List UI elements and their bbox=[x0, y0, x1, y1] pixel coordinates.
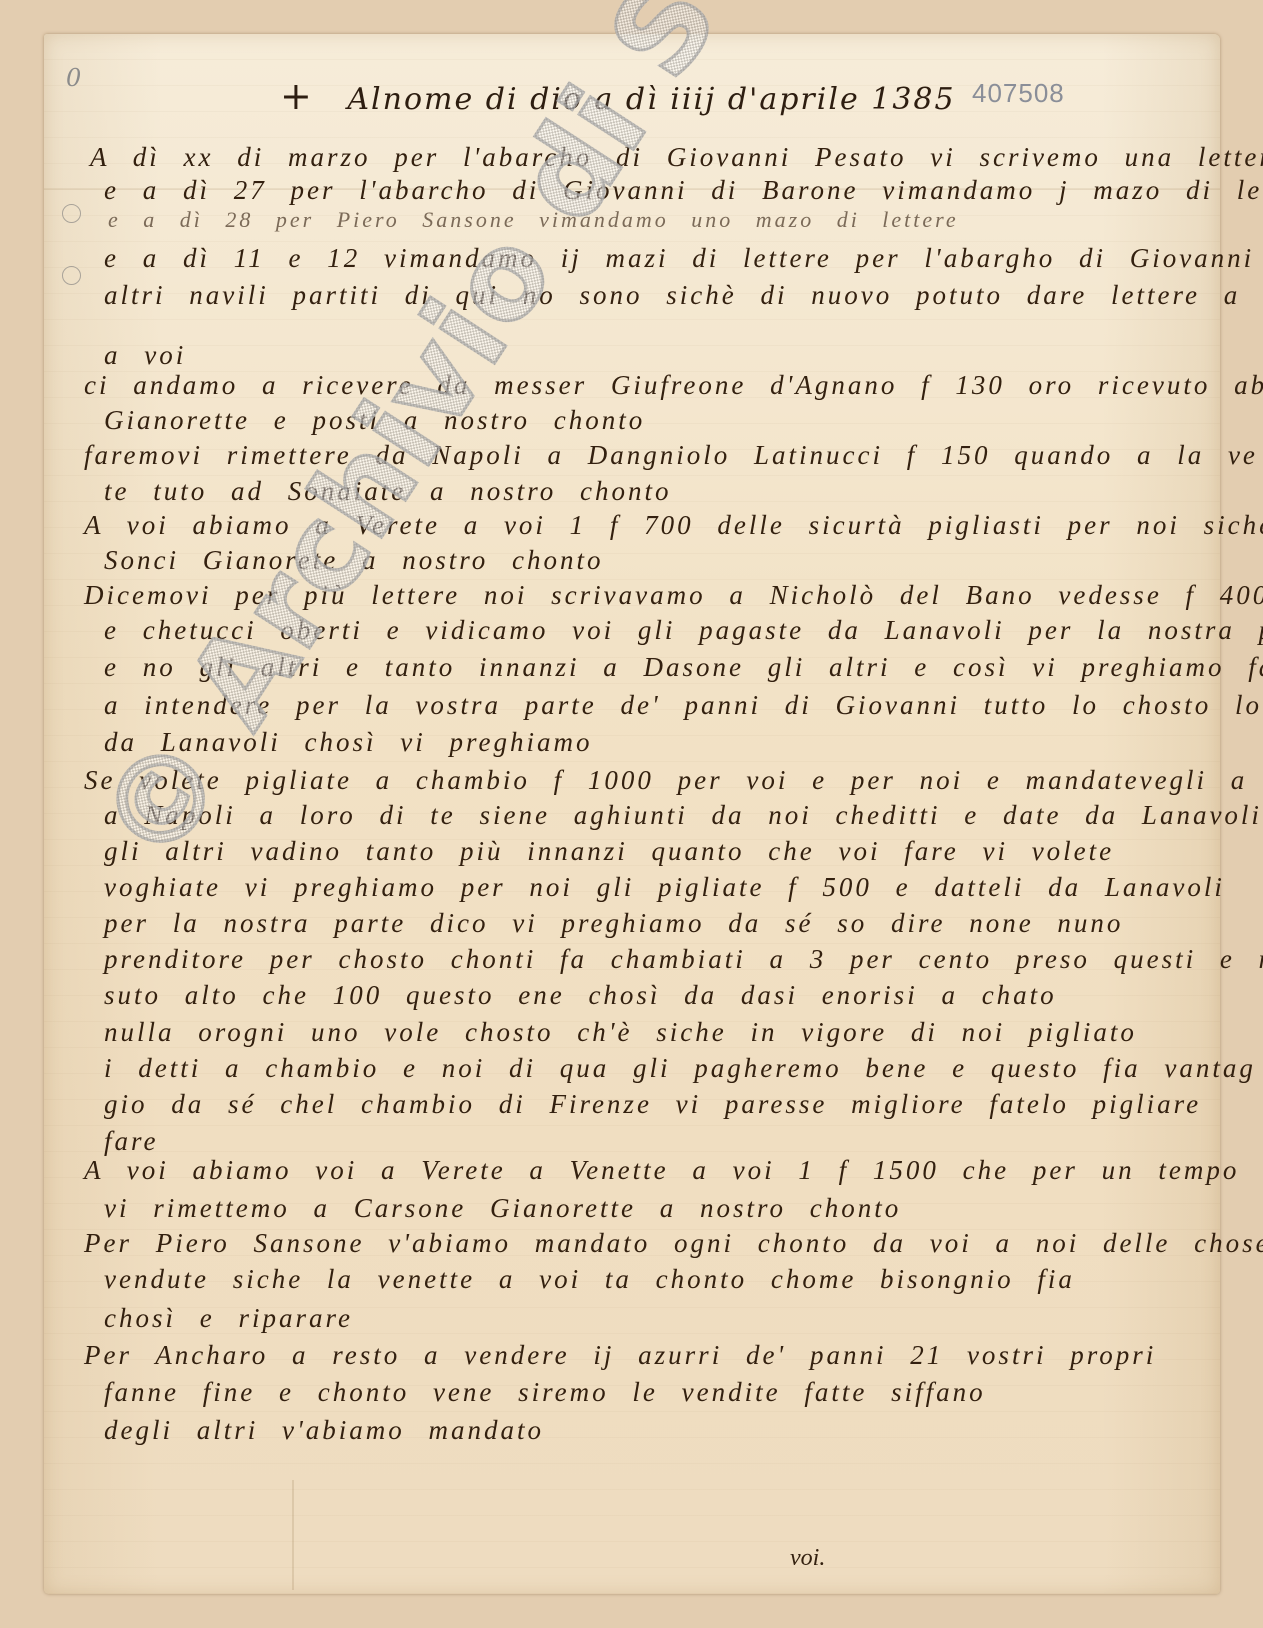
manuscript-line: e chetucci oberti e vidicamo voi gli pag… bbox=[104, 615, 1263, 646]
manuscript-line: te tuto ad Sonaiate a nostro chonto bbox=[104, 476, 671, 507]
manuscript-line: a Napoli a loro di te siene aghiunti da … bbox=[104, 800, 1263, 831]
manuscript-line: A voi abiamo voi a Verete a Venette a vo… bbox=[84, 1155, 1263, 1186]
manuscript-line: Gianorette e posti a nostro chonto bbox=[104, 405, 645, 436]
manuscript-line: Per Piero Sansone v'abiamo mandato ogni … bbox=[84, 1228, 1263, 1259]
manuscript-line: voghiate vi preghiamo per noi gli piglia… bbox=[104, 872, 1225, 903]
manuscript-line: gio da sé chel chambio di Firenze vi par… bbox=[104, 1089, 1201, 1120]
manuscript-line: degli altri v'abiamo mandato bbox=[104, 1415, 544, 1446]
manuscript-line: fare bbox=[104, 1126, 159, 1157]
manuscript-line: vendute siche la venette a voi ta chonto… bbox=[104, 1264, 1075, 1295]
manuscript-line: e a dì 11 e 12 vimandamo ij mazi di lett… bbox=[104, 243, 1263, 274]
manuscript-line: fanne fine e chonto vene siremo le vendi… bbox=[104, 1377, 986, 1408]
manuscript-line: faremovi rimettere da Napoli a Dangniolo… bbox=[84, 440, 1258, 471]
letter-heading: + Alnome di dio a dì iiij d'aprile 1385 bbox=[280, 74, 956, 118]
manuscript-line: a voi bbox=[104, 340, 186, 371]
manuscript-line: e a dì 28 per Piero Sansone vimandamo un… bbox=[108, 207, 959, 233]
cross-icon: + bbox=[280, 74, 314, 118]
manuscript-line: prenditore per chosto chonti fa chambiat… bbox=[104, 944, 1263, 975]
manuscript-line: e no gli altri e tanto innanzi a Dasone … bbox=[104, 652, 1263, 683]
manuscript-line: Dicemovi per più lettere noi scrivavamo … bbox=[84, 580, 1263, 611]
catalog-number: 407508 bbox=[972, 78, 1065, 109]
manuscript-line: suto alto che 100 questo ene chosì da da… bbox=[104, 980, 1057, 1011]
manuscript-line: A dì xx di marzo per l'abarcho di Giovan… bbox=[90, 142, 1263, 173]
heading-text: Alnome di dio a dì iiij d'aprile 1385 bbox=[347, 82, 955, 117]
manuscript-line: altri navili partiti di qui no sono sich… bbox=[104, 280, 1263, 311]
manuscript-line: Se volete pigliate a chambio f 1000 per … bbox=[84, 765, 1263, 796]
paper-fold-vertical bbox=[292, 1480, 294, 1590]
margin-circle-mark bbox=[62, 204, 81, 223]
corner-pencil-mark: 0 bbox=[66, 64, 81, 92]
margin-circle-mark bbox=[62, 266, 81, 285]
manuscript-line: da Lanavoli chosì vi preghiamo bbox=[104, 727, 592, 758]
signature: voi. bbox=[790, 1545, 825, 1572]
manuscript-line: gli altri vadino tanto più innanzi quant… bbox=[104, 836, 1114, 867]
manuscript-line: nulla orogni uno vole chosto ch'è siche … bbox=[104, 1017, 1137, 1048]
manuscript-line: A voi abiamo a Verete a voi 1 f 700 dell… bbox=[84, 510, 1263, 541]
manuscript-line: Sonci Gianorete a nostro chonto bbox=[104, 545, 603, 576]
manuscript-line: a intendere per la vostra parte de' pann… bbox=[104, 690, 1263, 721]
manuscript-line: per la nostra parte dico vi preghiamo da… bbox=[104, 908, 1123, 939]
manuscript-line: i detti a chambio e noi di qua gli paghe… bbox=[104, 1053, 1256, 1084]
manuscript-line: chosì e riparare bbox=[104, 1303, 353, 1334]
manuscript-line: vi rimettemo a Carsone Gianorette a nost… bbox=[104, 1193, 901, 1224]
manuscript-line: Per Ancharo a resto a vendere ij azurri … bbox=[84, 1340, 1156, 1371]
manuscript-line: ci andamo a ricevere da messer Giufreone… bbox=[84, 370, 1263, 401]
manuscript-line: e a dì 27 per l'abarcho di Giovanni di B… bbox=[104, 175, 1263, 206]
